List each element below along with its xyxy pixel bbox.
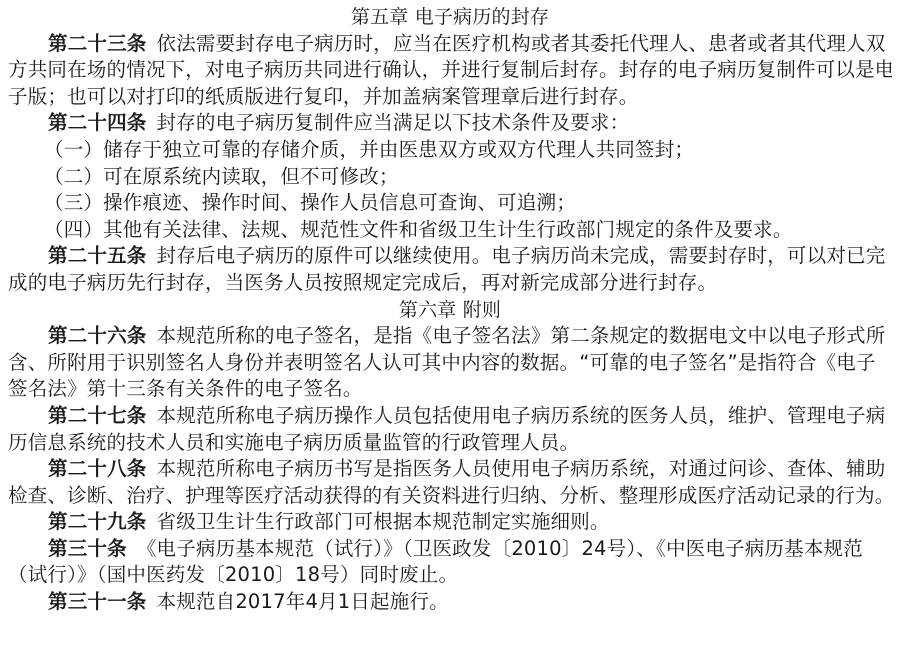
article-24-label: 第二十四条 xyxy=(48,111,147,134)
article-27-line-2: 历信息系统的技术人员和实施电子病历质量监管的行政管理人员。 xyxy=(8,430,892,457)
article-26-label: 第二十六条 xyxy=(48,324,147,347)
article-26-line-2: 含、所附用于识别签名人身份并表明签名人认可其中内容的数据。“可靠的电子签名”是指… xyxy=(8,350,892,377)
article-31-label: 第三十一条 xyxy=(48,590,147,613)
article-30-line-2: （试行）》（国中医药发〔2010〕18号）同时废止。 xyxy=(8,562,892,589)
article-29-label: 第二十九条 xyxy=(48,510,147,533)
article-25-label: 第二十五条 xyxy=(48,244,147,267)
document-page: 第五章 电子病历的封存 第二十三条依法需要封存电子病历时，应当在医疗机构或者其委… xyxy=(0,0,900,658)
article-28-line-1: 第二十八条本规范所称电子病历书写是指医务人员使用电子病历系统，对通过问诊、查体、… xyxy=(8,456,892,483)
article-30-line-1: 第三十条《电子病历基本规范（试行）》（卫医政发〔2010〕24号）、《中医电子病… xyxy=(8,536,892,563)
article-23-line-3: 子版；也可以对打印的纸质版进行复印，并加盖病案管理章后进行封存。 xyxy=(8,84,892,111)
article-28-line-2: 检查、诊断、治疗、护理等医疗活动获得的有关资料进行归纳、分析、整理形成医疗活动记… xyxy=(8,483,892,510)
article-24-item-1: （一）储存于独立可靠的存储介质，并由医患双方或双方代理人共同签封； xyxy=(8,137,892,164)
article-29-line-1: 第二十九条省级卫生计生行政部门可根据本规范制定实施细则。 xyxy=(8,509,892,536)
article-26-line-1: 第二十六条本规范所称的电子签名，是指《电子签名法》第二条规定的数据电文中以电子形… xyxy=(8,323,892,350)
article-31-line-1: 第三十一条本规范自2017年4月1日起施行。 xyxy=(8,589,892,616)
article-23-line-1: 第二十三条依法需要封存电子病历时，应当在医疗机构或者其委托代理人、患者或者其代理… xyxy=(8,31,892,58)
article-25-line-1: 第二十五条封存后电子病历的原件可以继续使用。电子病历尚未完成，需要封存时，可以对… xyxy=(8,243,892,270)
article-23-line-2: 方共同在场的情况下，对电子病历共同进行确认，并进行复制后封存。封存的电子病历复制… xyxy=(8,57,892,84)
article-24-item-3: （三）操作痕迹、操作时间、操作人员信息可查询、可追溯； xyxy=(8,190,892,217)
article-24-item-4: （四）其他有关法律、法规、规范性文件和省级卫生计生行政部门规定的条件及要求。 xyxy=(8,217,892,244)
article-28-label: 第二十八条 xyxy=(48,457,147,480)
article-30-label: 第三十条 xyxy=(48,537,127,560)
article-26-line-3: 签名法》第十三条有关条件的电子签名。 xyxy=(8,376,892,403)
article-25-line-2: 成的电子病历先行封存，当医务人员按照规定完成后，再对新完成部分进行封存。 xyxy=(8,270,892,297)
article-23-label: 第二十三条 xyxy=(48,32,147,55)
chapter-5-title: 第五章 电子病历的封存 xyxy=(8,4,892,31)
article-27-label: 第二十七条 xyxy=(48,404,147,427)
article-27-line-1: 第二十七条本规范所称电子病历操作人员包括使用电子病历系统的医务人员，维护、管理电… xyxy=(8,403,892,430)
article-24-item-2: （二）可在原系统内读取，但不可修改； xyxy=(8,164,892,191)
article-24-line-1: 第二十四条封存的电子病历复制件应当满足以下技术条件及要求： xyxy=(8,110,892,137)
chapter-6-title: 第六章 附则 xyxy=(8,297,892,324)
